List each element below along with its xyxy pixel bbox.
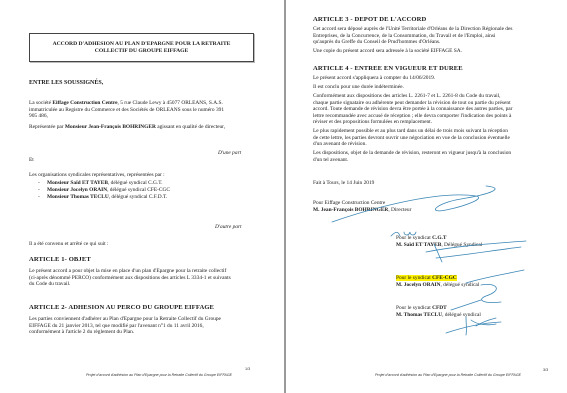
page-footer: Projet d'accord d'adhésion au Plan d'Epa… — [375, 373, 521, 377]
document-title-box: ACCORD D'ADHESION AU PLAN D'EPARGNE POUR… — [29, 33, 254, 62]
delegate-item: Monsieur Thomas TECLU, délégué syndical … — [38, 194, 170, 201]
represented-by: Représentée par Monsieur Jean-François B… — [29, 124, 225, 130]
director-signature-icon — [332, 186, 495, 222]
company-para-line-2: immatriculée au Registre du Commerce et … — [29, 107, 224, 113]
cfdt-signature-icon — [446, 317, 501, 335]
dune-part-label: D'une part — [218, 150, 241, 156]
page-number: 3/3 — [543, 368, 548, 372]
company-para-line-1: La société Eiffage Construction Centre, … — [29, 100, 223, 106]
document-page-3: ARTICLE 3 - DEPOT DE L'ACCORD Cet accord… — [286, 0, 567, 393]
dautre-part-label: D'autre part — [215, 224, 242, 230]
director-name: Monsieur Jean-François BOHRINGER — [65, 124, 156, 130]
agreed-text: Il a été convenu et arrêté ce qui suit : — [29, 241, 108, 247]
delegate-item: Monsieur Jocelyn ORAIN, délégué syndical… — [38, 187, 170, 194]
between-heading: ENTRE LES SOUSSIGNÉS, — [29, 80, 103, 86]
et-label: Et — [29, 157, 34, 163]
article-2-line-2: EIFFAGE du 21 janvier 2013, tel que modi… — [29, 323, 204, 329]
page-number: 1/3 — [245, 367, 250, 371]
article-2-line-1: Les parties conviennent d'adhérer au Pla… — [29, 316, 221, 322]
article-1-line-2: (ci-après dénommé PERCO) conformément au… — [29, 275, 231, 281]
article-2-heading: ARTICLE 2- ADHESION AU PERCO DU GROUPE E… — [29, 304, 214, 311]
article-1-heading: ARTICLE 1- OBJET — [29, 256, 91, 263]
cfe-signature-icon — [466, 270, 524, 303]
article-1-line-3: du Code du travail. — [29, 281, 70, 287]
handwritten-signatures — [286, 0, 567, 393]
company-para-line-3: 905 486, — [29, 113, 48, 119]
document-page-1: ACCORD D'ADHESION AU PLAN D'EPARGNE POUR… — [0, 0, 284, 393]
article-2-line-3: conformément à l'article 2 du règlement … — [29, 329, 134, 335]
cgt-signature-icon — [391, 232, 416, 236]
article-1-line-1: Le présent accord a pour objet la mise e… — [29, 268, 226, 274]
unions-intro: Les organisations syndicales représentat… — [29, 172, 165, 178]
company-name: Eiffage Construction Centre — [52, 100, 117, 106]
title-line-2: COLLECTIF DU GROUPE EIFFAGE — [95, 48, 188, 55]
title-line-1: ACCORD D'ADHESION AU PLAN D'EPARGNE POUR… — [53, 41, 231, 48]
delegates-list: Monsieur Saïd ET TAYEB, délégué syndical… — [38, 180, 170, 201]
delegate-item: Monsieur Saïd ET TAYEB, délégué syndical… — [38, 180, 170, 187]
page-footer: Projet d'accord d'adhésion au Plan d'Epa… — [86, 373, 232, 377]
